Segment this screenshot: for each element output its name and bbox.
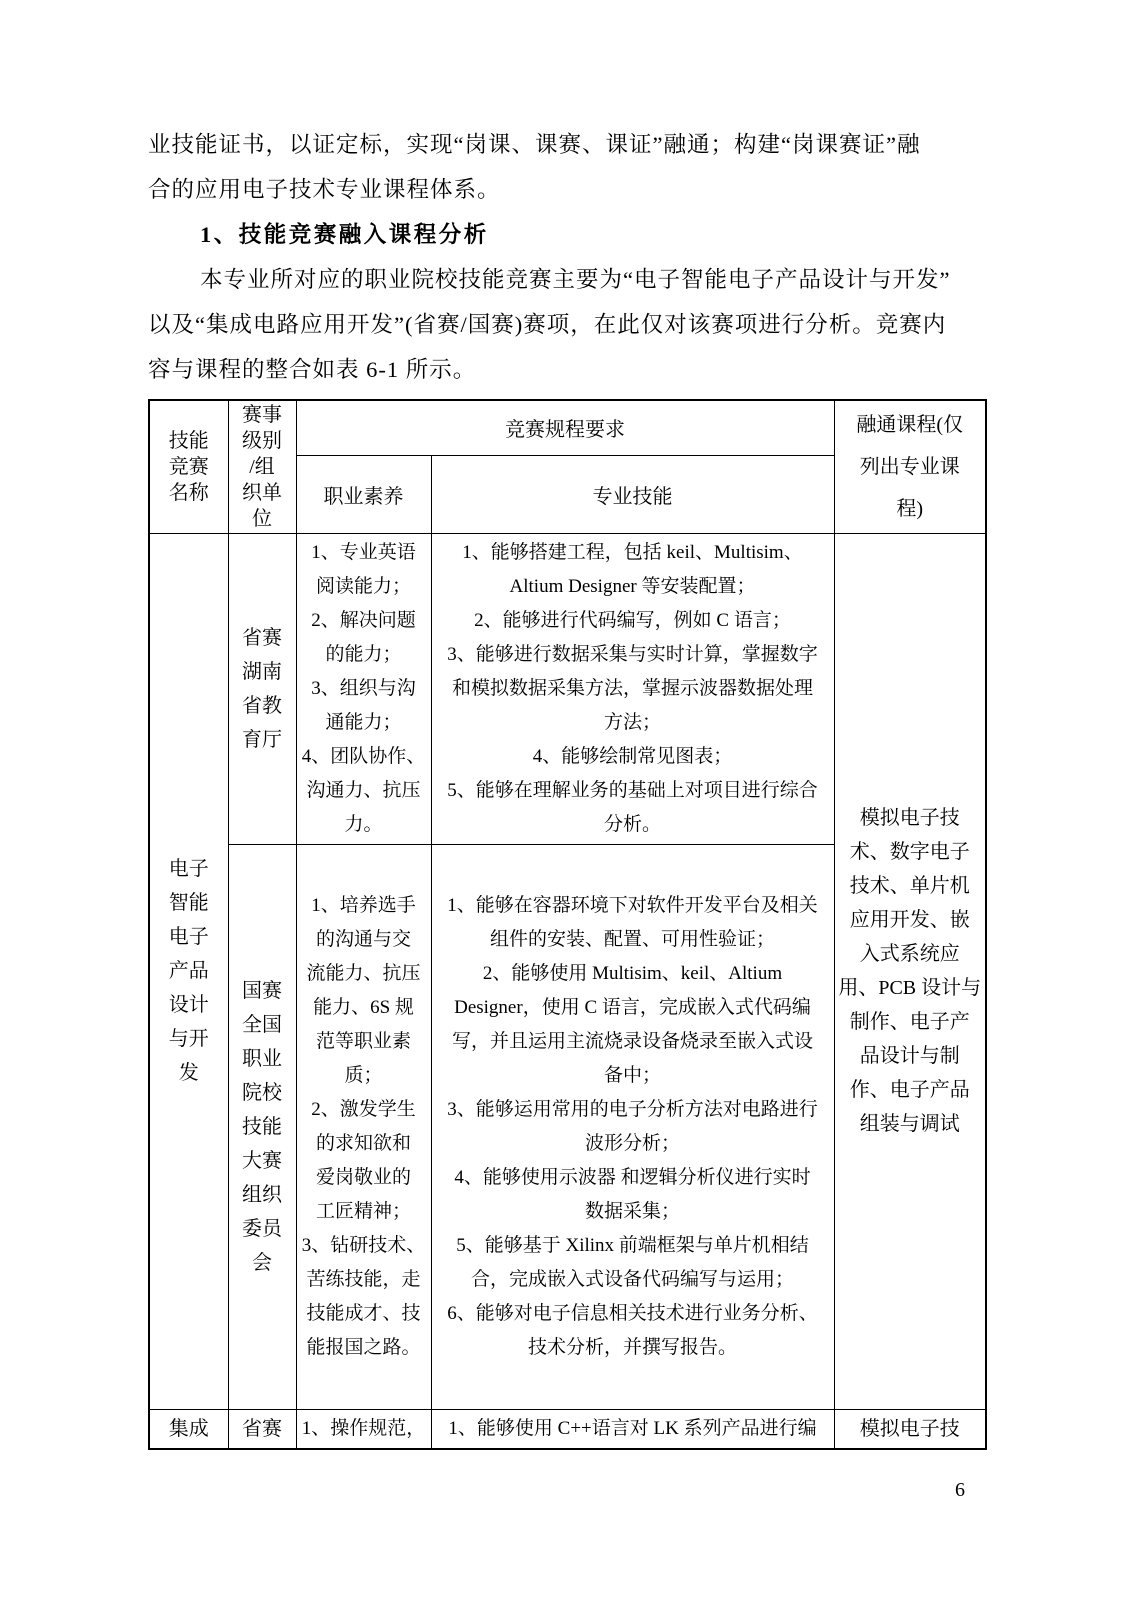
competition-course-fusion-table: 技能 竞赛 名称 赛事 级别 /组 织单 位 竞赛规程要求 融通课程(仅 列出专… bbox=[148, 399, 987, 1450]
cell-level-integrated: 省赛 bbox=[228, 1409, 296, 1449]
cell-level-national: 国赛 全国 职业 院校 技能 大赛 组织 委员 会 bbox=[228, 844, 296, 1409]
header-event-level-organizer: 赛事 级别 /组 织单 位 bbox=[228, 400, 296, 533]
header-competition-name: 技能 竞赛 名称 bbox=[149, 400, 228, 533]
cell-skill-integrated: 1、能够使用 C++语言对 LK 系列产品进行编 bbox=[431, 1409, 834, 1449]
header-professional-quality: 职业素养 bbox=[296, 455, 431, 533]
cell-quality-integrated: 1、操作规范， bbox=[296, 1409, 431, 1449]
header-fusion-courses: 融通课程(仅 列出专业课 程) bbox=[834, 400, 986, 533]
document-page: 业技能证书，以证定标，实现“岗课、课赛、课证”融通；构建“岗课赛证”融 合的应用… bbox=[148, 122, 987, 1450]
header-professional-skill: 专业技能 bbox=[431, 455, 834, 533]
cell-fusion-courses-electronic: 模拟电子技 术、数字电子 技术、单片机 应用开发、嵌 入式系统应 用、PCB 设… bbox=[834, 533, 986, 1409]
cell-skill-national: 1、能够在容器环境下对软件开发平台及相关 组件的安装、配置、可用性验证； 2、能… bbox=[431, 844, 834, 1409]
page-number: 6 bbox=[955, 1478, 965, 1502]
table-row-provincial: 电子 智能 电子 产品 设计 与开 发 省赛 湖南 省教 育厅 1、专业英语 阅… bbox=[149, 533, 986, 844]
cell-fusion-courses-integrated: 模拟电子技 bbox=[834, 1409, 986, 1449]
cell-level-provincial: 省赛 湖南 省教 育厅 bbox=[228, 533, 296, 844]
cell-quality-provincial: 1、专业英语 阅读能力； 2、解决问题 的能力； 3、组织与沟 通能力； 4、团… bbox=[296, 533, 431, 844]
cell-competition-name-electronic: 电子 智能 电子 产品 设计 与开 发 bbox=[149, 533, 228, 1409]
header-competition-requirements: 竞赛规程要求 bbox=[296, 400, 834, 455]
table-row-integrated-circuit-partial: 集成 省赛 1、操作规范， 1、能够使用 C++语言对 LK 系列产品进行编 模… bbox=[149, 1409, 986, 1449]
section-heading: 1、技能竞赛融入课程分析 bbox=[148, 212, 987, 257]
paragraph-intro: 本专业所对应的职业院校技能竞赛主要为“电子智能电子产品设计与开发” 以及“集成电… bbox=[148, 257, 987, 392]
paragraph-continued: 业技能证书，以证定标，实现“岗课、课赛、课证”融通；构建“岗课赛证”融 合的应用… bbox=[148, 122, 987, 212]
cell-competition-name-integrated: 集成 bbox=[149, 1409, 228, 1449]
table-header-row-1: 技能 竞赛 名称 赛事 级别 /组 织单 位 竞赛规程要求 融通课程(仅 列出专… bbox=[149, 400, 986, 455]
cell-quality-national: 1、培养选手 的沟通与交 流能力、抗压 能力、6S 规 范等职业素 质； 2、激… bbox=[296, 844, 431, 1409]
cell-skill-provincial: 1、能够搭建工程，包括 keil、Multisim、 Altium Design… bbox=[431, 533, 834, 844]
